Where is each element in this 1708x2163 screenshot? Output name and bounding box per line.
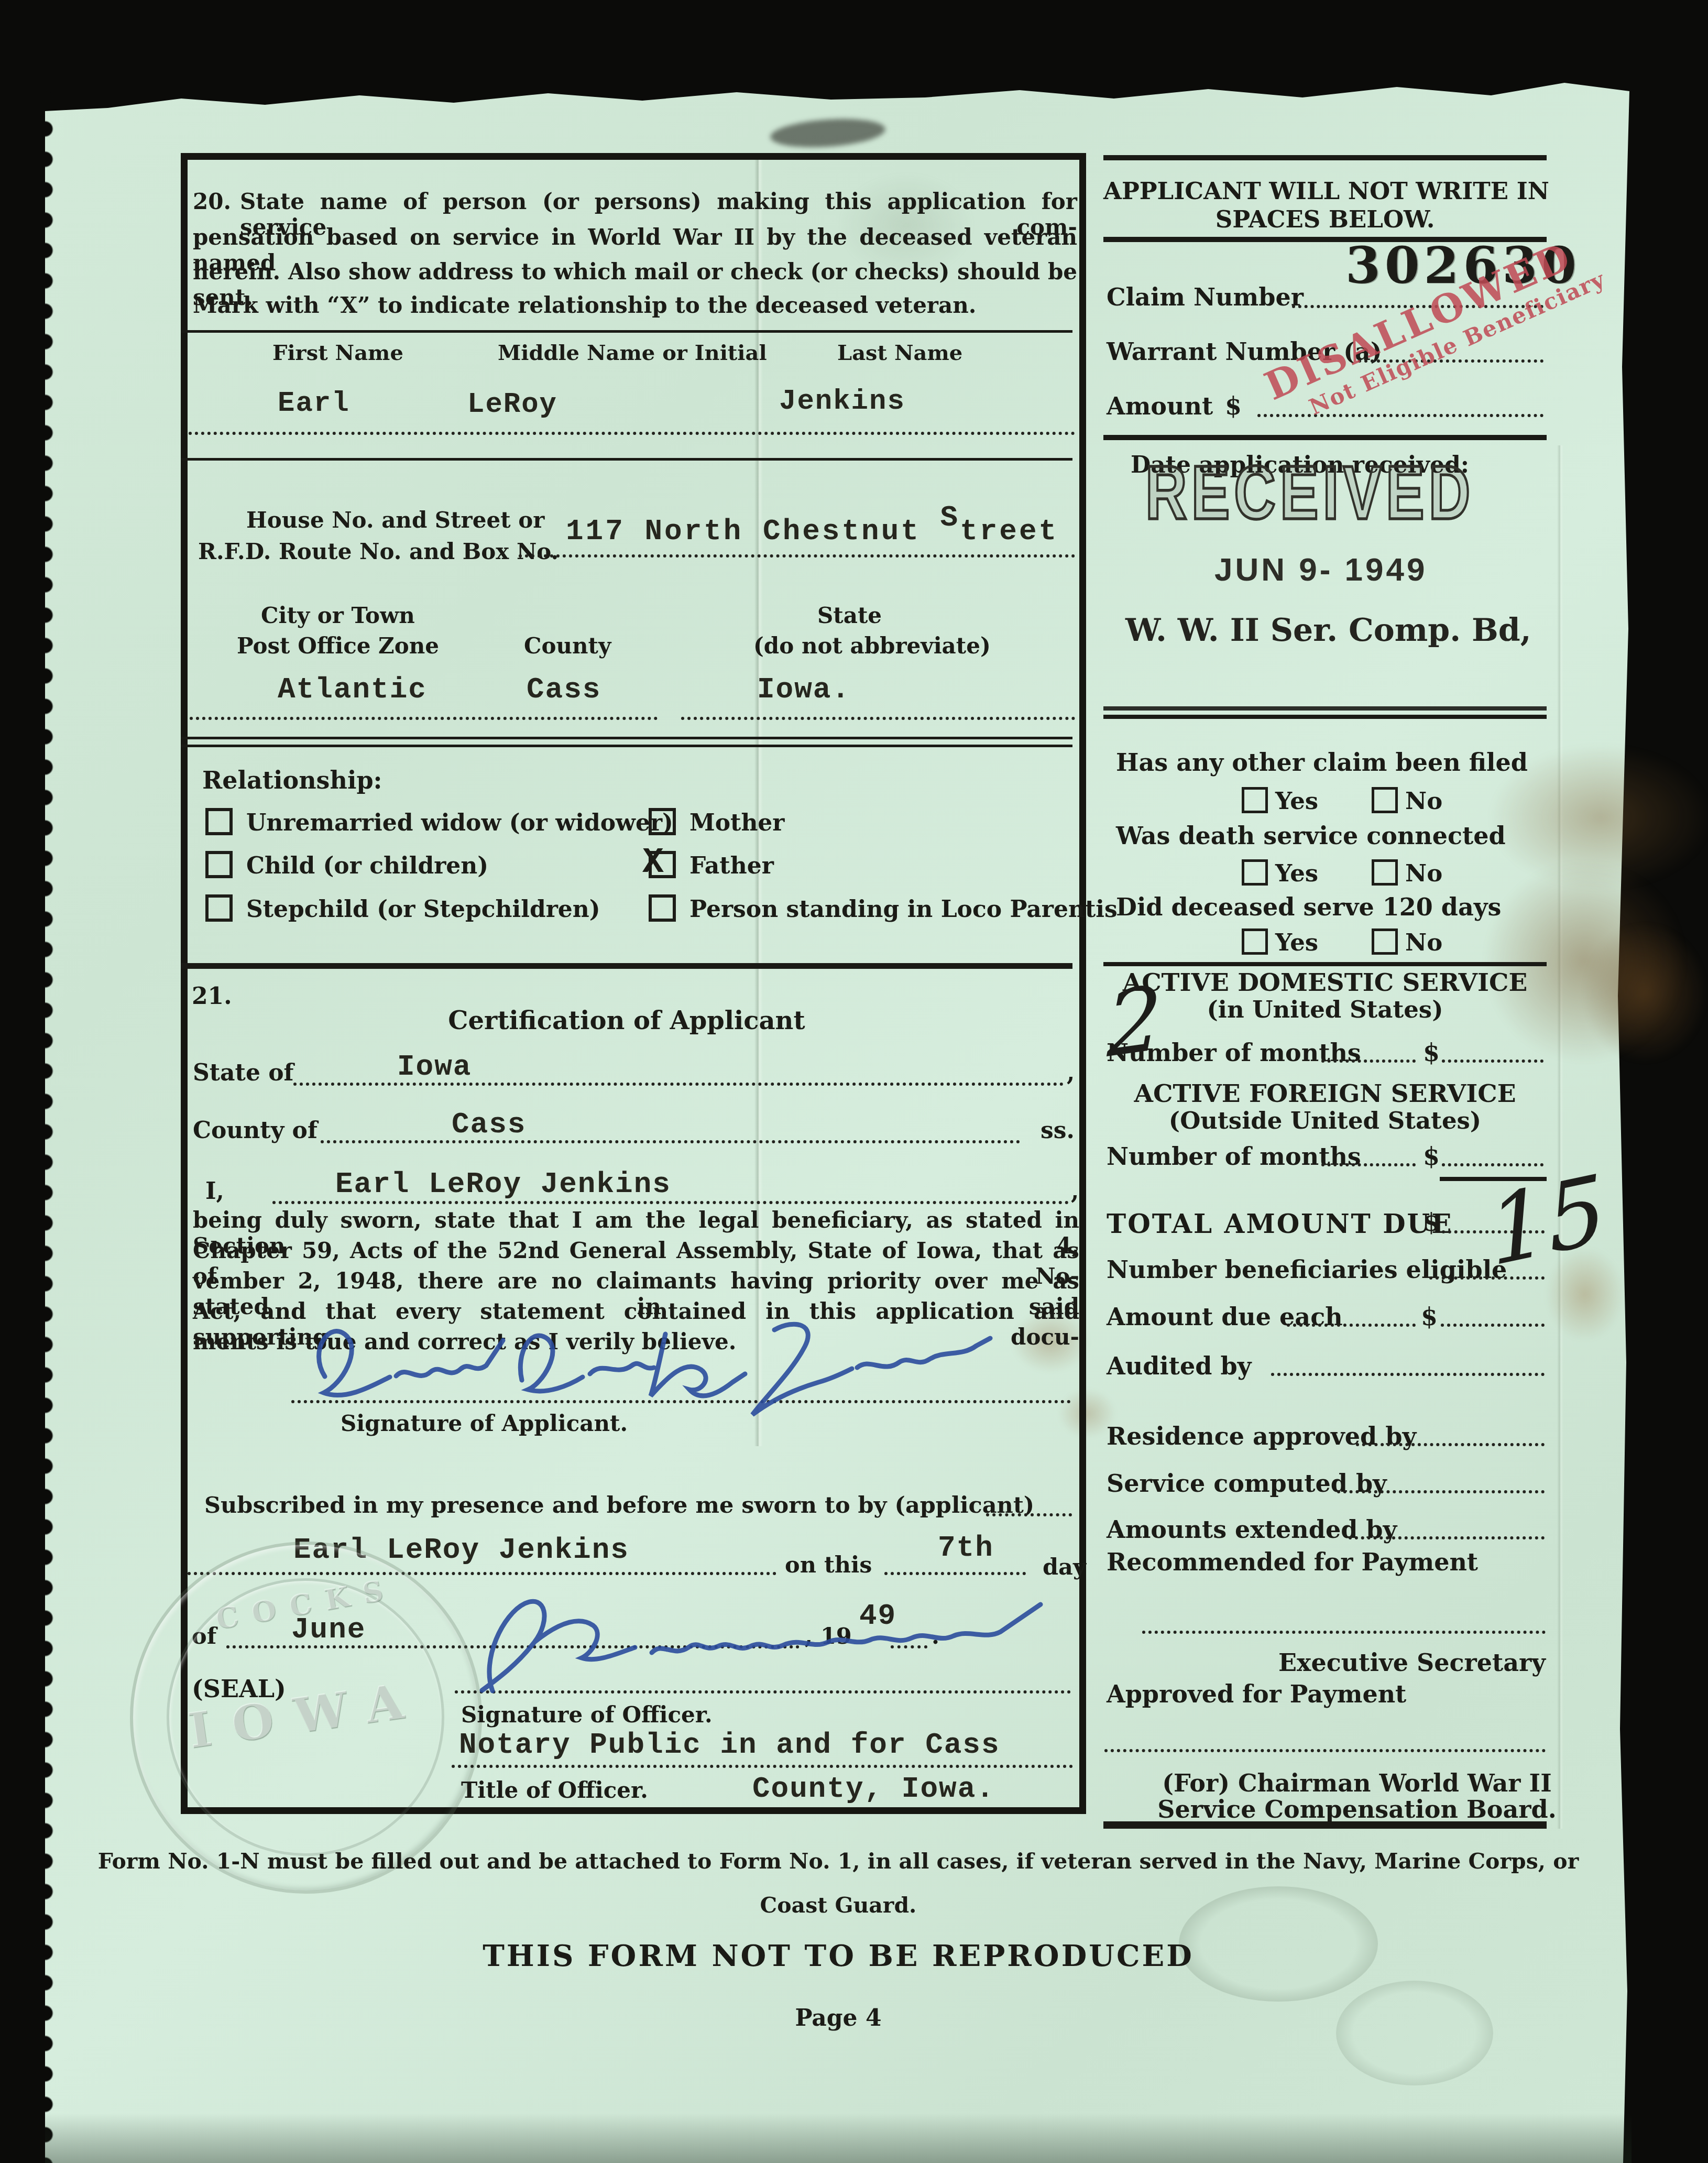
q2-yes-label: Yes (1275, 859, 1318, 887)
middle-name-value: LeRoy (467, 389, 557, 421)
subscribed-line: Subscribed in my presence and before me … (204, 1492, 1034, 1519)
city-label-line1: City or Town (261, 603, 415, 628)
extended-dotted-line (1349, 1536, 1545, 1539)
foreign-service-title: ACTIVE FOREIGN SERVICE (1103, 1079, 1547, 1108)
day-label: day (1043, 1554, 1086, 1580)
received-date-stamp: JUN 9- 1949 (1214, 551, 1428, 588)
address-value-superscript: S (940, 501, 960, 534)
office-section-rule (1103, 435, 1547, 440)
exec-secretary-label: Executive Secretary (1247, 1648, 1546, 1677)
certification-title: Certification of Applicant (181, 1006, 1072, 1035)
applicant-signature-ink (293, 1290, 1006, 1432)
q1-no-label: No (1405, 787, 1442, 815)
double-rule (181, 737, 1072, 739)
dollar-sign: $ (1421, 1303, 1438, 1331)
received-stamp: RECEIVED (1145, 449, 1474, 537)
relationship-title: Relationship: (202, 766, 382, 794)
address-value-part2: treet (960, 515, 1058, 548)
question-3: Did deceased serve 120 days (1116, 893, 1501, 921)
q3-yes-label: Yes (1275, 928, 1318, 956)
officer-signature-ink (460, 1583, 1068, 1714)
footer-warning: THIS FORM NOT TO BE REPRODUCED (45, 1939, 1632, 1973)
last-name-value: Jenkins (779, 386, 905, 418)
county-of-value: Cass (452, 1108, 526, 1141)
exec-secretary-dotted-line (1142, 1631, 1546, 1634)
officer-title-caption: Title of Officer. (461, 1777, 648, 1803)
checkbox-child (205, 851, 233, 878)
double-rule (181, 745, 1072, 747)
office-header-line1: APPLICANT WILL NOT WRITE IN (1103, 177, 1547, 205)
county-of-label: County of (193, 1117, 317, 1144)
locality-dotted-line (190, 717, 658, 720)
domestic-service-subtitle: (in United States) (1103, 996, 1547, 1023)
city-value: Atlantic (278, 673, 427, 706)
jurat-dotted-line (884, 1572, 1026, 1575)
approved-payment-label: Approved for Payment (1107, 1680, 1406, 1708)
first-name-value: Earl (278, 388, 350, 420)
chairman-label-line1: (For) Chairman World War II (1137, 1769, 1577, 1797)
state-of-label: State of (193, 1059, 294, 1086)
amount-label: Amount (1107, 392, 1213, 420)
middle-name-label: Middle Name or Initial (498, 341, 767, 365)
checkbox-stepchild (205, 894, 233, 922)
comma: , (1071, 1178, 1079, 1205)
dollar-sign: $ (1423, 1208, 1440, 1237)
received-board-stamp: W. W. II Ser. Comp. Bd, (1125, 612, 1531, 649)
footer-note-line2: Coast Guard. (45, 1893, 1632, 1918)
jurat-day-value: 7th (938, 1531, 994, 1565)
q3-no-checkbox (1372, 928, 1398, 955)
notary-title-typed: Notary Public in and for Cass (459, 1728, 1000, 1762)
section20-number: 20. (193, 189, 231, 214)
recommended-label: Recommended for Payment (1107, 1548, 1478, 1576)
section20-text-line: Mark with “X” to indicate relationship t… (193, 292, 976, 318)
domestic-amount-dotted (1442, 1059, 1543, 1063)
county-value: Cass (527, 673, 601, 706)
computed-dotted-line (1337, 1490, 1545, 1493)
checkbox-loco-parentis (649, 894, 676, 922)
total-amount-due-label: TOTAL AMOUNT DUE (1107, 1208, 1453, 1239)
paper-bottom-shadow (45, 2113, 1632, 2163)
checkbox-label: Mother (689, 810, 785, 836)
chairman-label-line2: Service Compensation Board. (1137, 1795, 1577, 1823)
handwritten-months-domestic: 2 (1107, 966, 1163, 1078)
q2-no-checkbox (1372, 859, 1398, 886)
divider (181, 330, 1072, 333)
chairman-dotted-line (1104, 1749, 1546, 1752)
jurat-dotted-line (188, 1572, 776, 1575)
notary-county-typed: County, Iowa. (752, 1772, 995, 1806)
question-2: Was death service connected (1116, 822, 1506, 850)
county-label: County (524, 633, 611, 659)
checkbox-label: Father (689, 853, 774, 879)
q2-no-label: No (1405, 859, 1442, 887)
foreign-service-subtitle: (Outside United States) (1103, 1107, 1547, 1134)
q3-no-label: No (1405, 928, 1442, 956)
office-bottom-rule (1103, 1821, 1547, 1829)
subscribed-dotted-line (986, 1513, 1072, 1516)
locality-dotted-line (681, 717, 1075, 720)
checkbox-father-x-mark: X (642, 843, 665, 883)
of-label: of (192, 1623, 216, 1649)
foreign-months-dotted (1321, 1163, 1416, 1166)
office-section-rule (1103, 962, 1547, 966)
notary-dotted-line (452, 1765, 1073, 1768)
applicant-name-typed: Earl LeRoy Jenkins (335, 1167, 671, 1201)
office-header-line2: SPACES BELOW. (1103, 205, 1547, 233)
question-1: Has any other claim been filed (1116, 748, 1528, 777)
checkbox-label: Unremarried widow (or widower) (246, 810, 673, 836)
first-name-label: First Name (272, 341, 403, 365)
dollar-sign: $ (1423, 1039, 1440, 1067)
name-dotted-line (189, 432, 1075, 435)
foreign-amount-dotted (1442, 1163, 1543, 1166)
comma: , (1067, 1059, 1075, 1086)
address-value-part1: 117 North Chestnut (566, 515, 940, 548)
state-of-value: Iowa (397, 1050, 472, 1084)
state-dotted-line (293, 1083, 1064, 1086)
seal-label: (SEAL) (192, 1675, 286, 1703)
checkbox-unremarried-widow (205, 808, 233, 835)
q3-yes-checkbox (1242, 928, 1268, 955)
checkbox-mother (649, 808, 676, 835)
divider (181, 458, 1072, 461)
hatched-rule (1103, 706, 1547, 711)
page-number: Page 4 (45, 2005, 1632, 2031)
address-label-line1: House No. and Street or (246, 507, 544, 533)
state-label-line2: (do not abbreviate) (753, 633, 991, 659)
dollar-sign: $ (1423, 1142, 1440, 1171)
on-this-label: on this (785, 1552, 872, 1578)
q1-yes-label: Yes (1275, 787, 1318, 815)
applicant-dotted-line (272, 1201, 1069, 1204)
dollar-sign: $ (1225, 392, 1242, 420)
jurat-applicant-typed: Earl LeRoy Jenkins (293, 1533, 629, 1567)
q1-no-checkbox (1372, 787, 1398, 813)
q2-yes-checkbox (1242, 859, 1268, 886)
ss-label: ss. (1041, 1117, 1075, 1144)
claim-number-label: Claim Number (1107, 283, 1304, 311)
i-label: I, (205, 1178, 224, 1205)
address-label-line2: R.F.D. Route No. and Box No. (198, 539, 559, 564)
q1-yes-checkbox (1242, 787, 1268, 813)
state-label-line1: State (817, 603, 882, 628)
address-dotted-line (519, 554, 1075, 558)
last-name-label: Last Name (837, 341, 962, 365)
amount-each-dotted (1287, 1324, 1416, 1327)
state-value: Iowa. (757, 673, 850, 706)
checkbox-label: Stepchild (or Stepchildren) (246, 896, 600, 923)
domestic-months-dotted (1321, 1059, 1416, 1063)
address-value: 117 North Chestnut Street (566, 515, 1058, 548)
month-value: June (291, 1613, 366, 1646)
city-label-line2: Post Office Zone (237, 633, 439, 659)
scanned-document-page: { "form": { "q20": { "num": "20.", "line… (0, 0, 1708, 2163)
thick-divider (181, 963, 1072, 969)
checkbox-label: Child (or children) (246, 853, 488, 879)
footer-note-line1: Form No. 1-N must be filled out and be a… (45, 1849, 1632, 1874)
audited-dotted-line (1271, 1373, 1545, 1376)
checkbox-label: Person standing in Loco Parentis (689, 896, 1118, 923)
hatched-rule (1103, 715, 1547, 719)
domestic-service-title: ACTIVE DOMESTIC SERVICE (1103, 968, 1547, 997)
county-dotted-line (321, 1140, 1020, 1143)
audited-by-label: Audited by (1107, 1352, 1251, 1380)
residence-dotted-line (1356, 1443, 1545, 1446)
amount-each-dotted2 (1441, 1324, 1545, 1327)
office-top-rule (1103, 155, 1547, 160)
